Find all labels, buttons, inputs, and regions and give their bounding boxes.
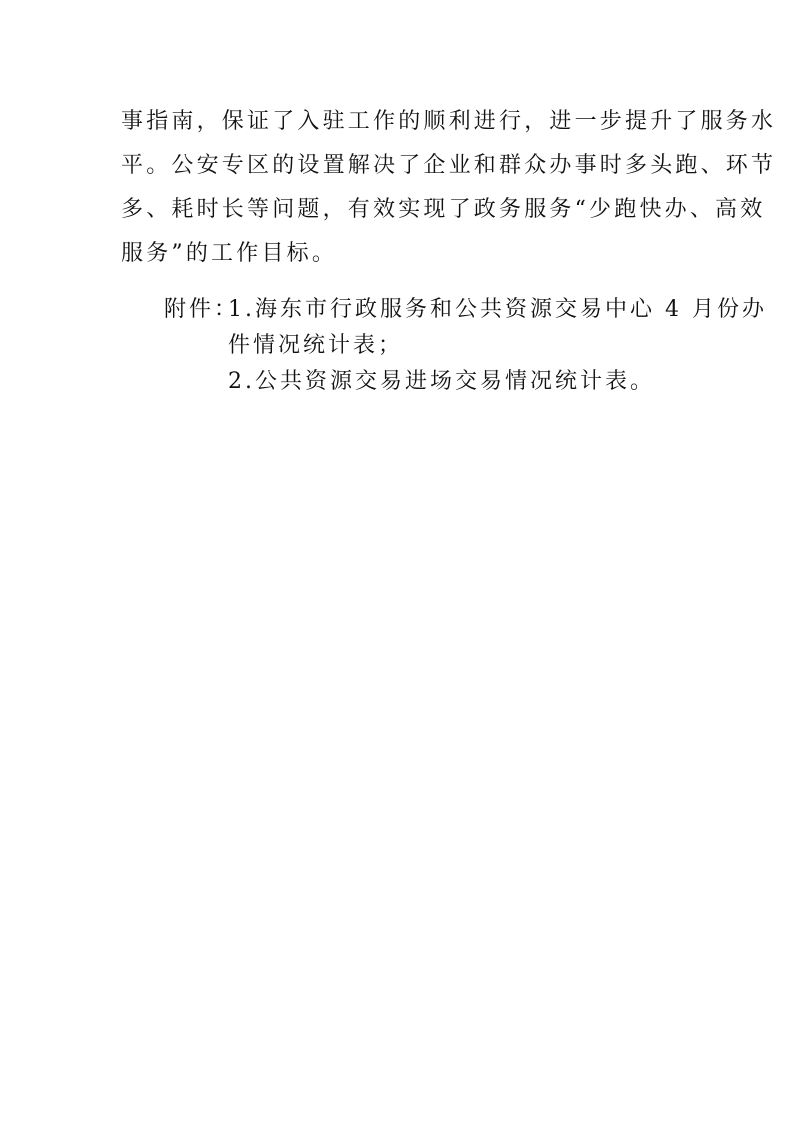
paragraph-line: 事指南，保证了入驻工作的顺利进行，进一步提升了服务水: [121, 100, 681, 144]
document-page: 事指南，保证了入驻工作的顺利进行，进一步提升了服务水 平。公安专区的设置解决了企…: [0, 0, 793, 1122]
attachment-item-1-line2: 件情况统计表；: [228, 328, 403, 364]
attachment-item-1: 附件： 1.海东市行政服务和公共资源交易中心 4 月份办: [164, 292, 704, 328]
paragraph-line: 服务”的工作目标。: [121, 232, 681, 276]
paragraph-line: 多、耗时长等问题，有效实现了政务服务“少跑快办、高效: [121, 188, 681, 232]
attachment-item-1-continuation: 件情况统计表；: [164, 328, 704, 364]
body-paragraph: 事指南，保证了入驻工作的顺利进行，进一步提升了服务水 平。公安专区的设置解决了企…: [121, 100, 681, 276]
attachment-item-2-line1: 2.公共资源交易进场交易情况统计表。: [228, 364, 655, 400]
paragraph-line: 平。公安专区的设置解决了企业和群众办事时多头跑、环节: [121, 144, 681, 188]
attachment-item-1-line1: 1.海东市行政服务和公共资源交易中心 4 月份办: [228, 292, 767, 328]
attachments-section: 附件： 1.海东市行政服务和公共资源交易中心 4 月份办 件情况统计表； 2.公…: [164, 292, 704, 400]
attachments-label: 附件：: [164, 292, 228, 328]
attachment-item-2: 2.公共资源交易进场交易情况统计表。: [164, 364, 704, 400]
